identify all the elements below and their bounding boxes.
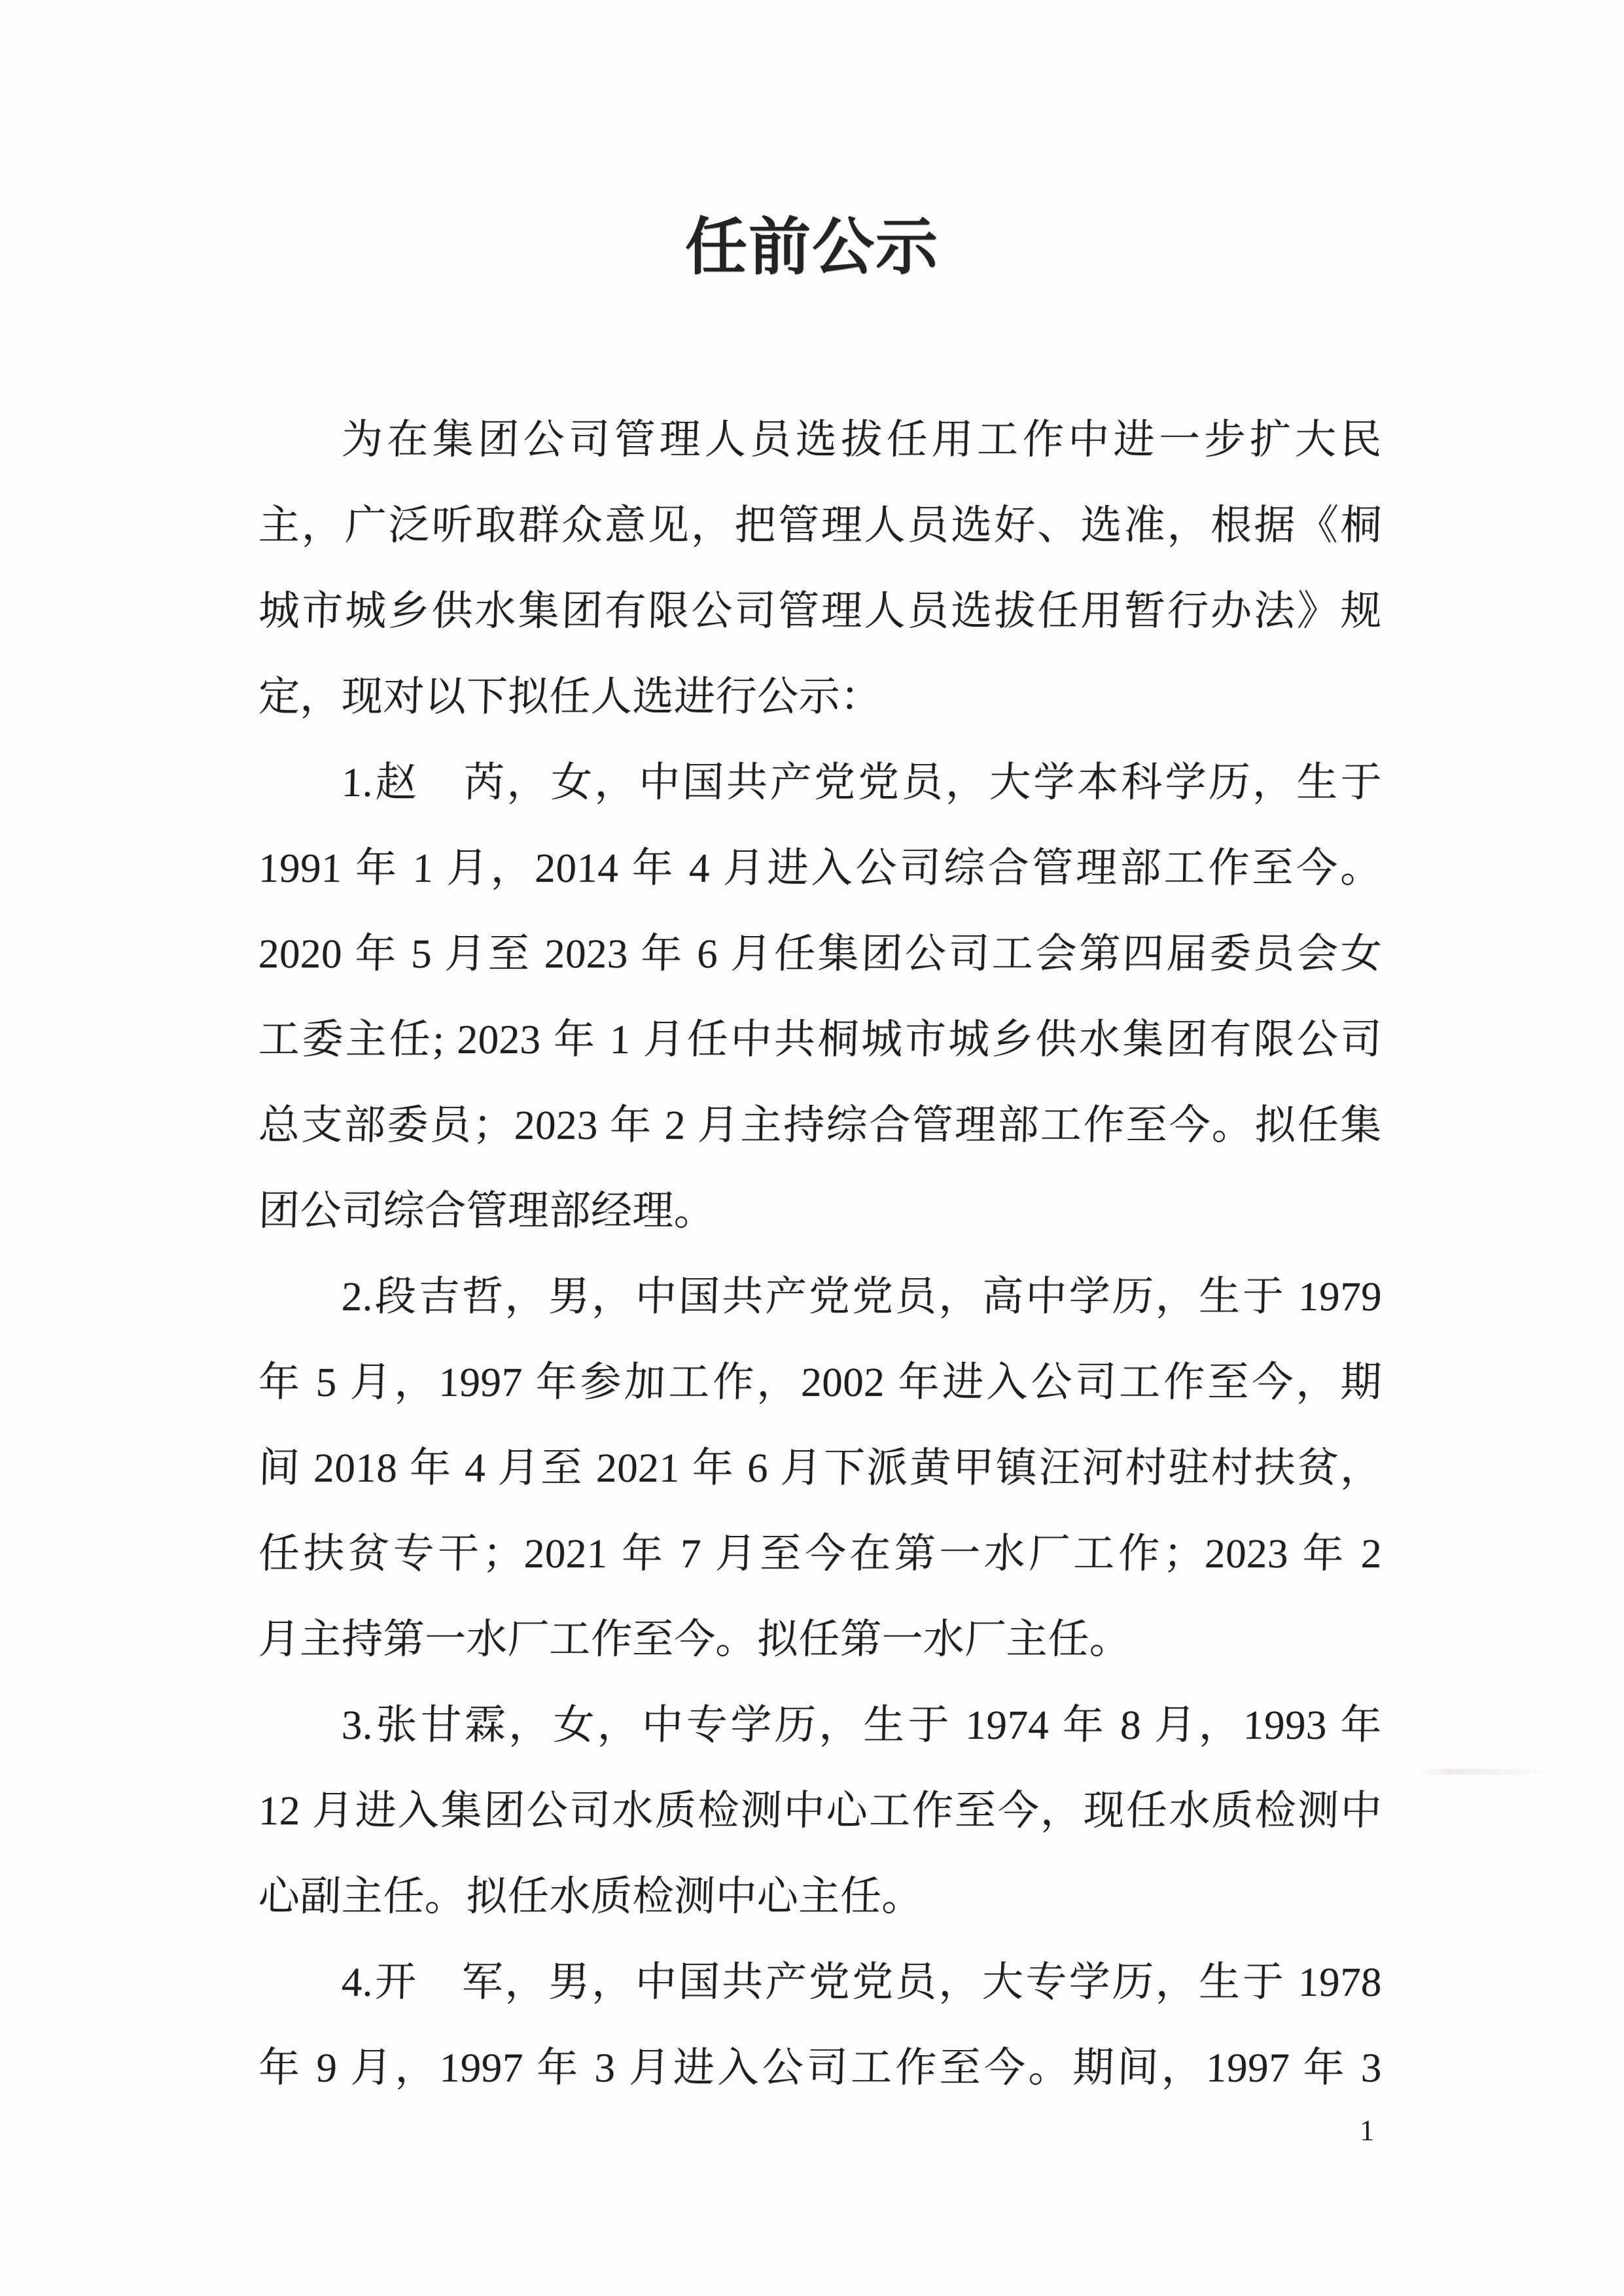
- text-line: 为在集团公司管理人员选拔任用工作中进一步扩大民: [257, 397, 1383, 483]
- text-line: 间 2018 年 4 月至 2021 年 6 月下派黄甲镇汪河村驻村扶贫，: [257, 1425, 1383, 1511]
- scan-artifact: [1419, 1769, 1546, 1775]
- scanned-document-page: 任前公示 为在集团公司管理人员选拔任用工作中进一步扩大民 主，广泛听取群众意见，…: [0, 0, 1624, 2296]
- text-line: 1991 年 1 月，2014 年 4 月进入公司综合管理部工作至今。: [257, 826, 1383, 911]
- text-line: 3.张甘霖，女，中专学历，生于 1974 年 8 月，1993 年: [257, 1682, 1383, 1768]
- text-line: 团公司综合管理部经理。: [257, 1168, 1383, 1254]
- text-line: 总支部委员；2023 年 2 月主持综合管理部工作至今。拟任集: [257, 1083, 1383, 1168]
- text-line: 2.段吉哲，男，中国共产党党员，高中学历，生于 1979: [257, 1254, 1383, 1340]
- text-line: 1.赵 芮，女，中国共产党党员，大学本科学历，生于: [257, 740, 1383, 826]
- document-title: 任前公示: [0, 208, 1624, 287]
- document-body: 为在集团公司管理人员选拔任用工作中进一步扩大民 主，广泛听取群众意见，把管理人员…: [258, 397, 1382, 2111]
- text-line: 工委主任; 2023 年 1 月任中共桐城市城乡供水集团有限公司: [257, 997, 1383, 1083]
- text-line: 任扶贫专干；2021 年 7 月至今在第一水厂工作；2023 年 2: [257, 1511, 1383, 1597]
- text-line: 12 月进入集团公司水质检测中心工作至今，现任水质检测中: [257, 1768, 1383, 1854]
- text-line: 心副主任。拟任水质检测中心主任。: [257, 1854, 1383, 1939]
- text-line: 月主持第一水厂工作至今。拟任第一水厂主任。: [257, 1597, 1383, 1682]
- text-line: 2020 年 5 月至 2023 年 6 月任集团公司工会第四届委员会女: [257, 911, 1383, 997]
- text-line: 4.开 军，男，中国共产党党员，大专学历，生于 1978: [257, 1939, 1383, 2025]
- text-line: 城市城乡供水集团有限公司管理人员选拔任用暂行办法》规: [257, 568, 1383, 654]
- text-line: 年 5 月，1997 年参加工作，2002 年进入公司工作至今，期: [257, 1340, 1383, 1425]
- page-number: 1: [1360, 2112, 1375, 2149]
- text-line: 年 9 月，1997 年 3 月进入公司工作至今。期间，1997 年 3: [257, 2025, 1383, 2111]
- text-line: 定，现对以下拟任人选进行公示：: [257, 654, 1383, 740]
- text-line: 主，广泛听取群众意见，把管理人员选好、选准，根据《桐: [257, 483, 1383, 568]
